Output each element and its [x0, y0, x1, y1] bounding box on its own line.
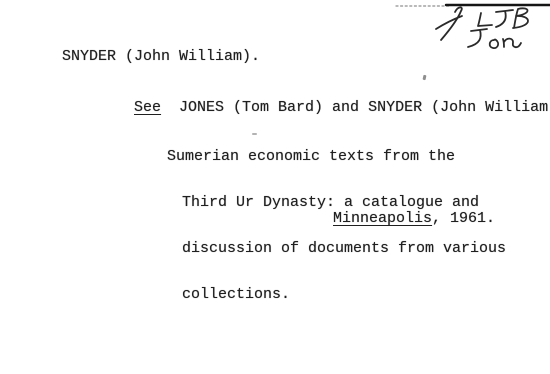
handwritten-L	[478, 13, 492, 26]
title-line: discussion of documents from various	[182, 241, 506, 256]
handwritten-f-cross	[436, 16, 462, 29]
imprint-year: , 1961.	[432, 210, 495, 227]
handwritten-Jon-n	[503, 39, 521, 48]
handwritten-Jon-o	[490, 40, 498, 49]
see-label: See	[134, 99, 161, 116]
catalog-card: SNYDER (John William). See JONES (Tom Ba…	[0, 0, 550, 374]
handwritten-B	[513, 8, 528, 28]
title-line: collections.	[182, 287, 506, 302]
handwritten-J	[496, 10, 513, 27]
see-reference-text: JONES (Tom Bard) and SNYDER (John Willia…	[161, 99, 550, 116]
title-line: Sumerian economic texts from the	[167, 149, 506, 164]
scan-speck	[252, 133, 257, 135]
handwritten-annotation	[392, 0, 550, 56]
imprint-line: Minneapolis, 1961.	[297, 195, 495, 243]
scan-speck	[423, 75, 427, 81]
imprint-place: Minneapolis	[333, 210, 432, 227]
handwritten-Jon-J	[468, 29, 487, 47]
heading-author: SNYDER (John William).	[62, 49, 260, 65]
handwriting-svg	[392, 0, 550, 56]
